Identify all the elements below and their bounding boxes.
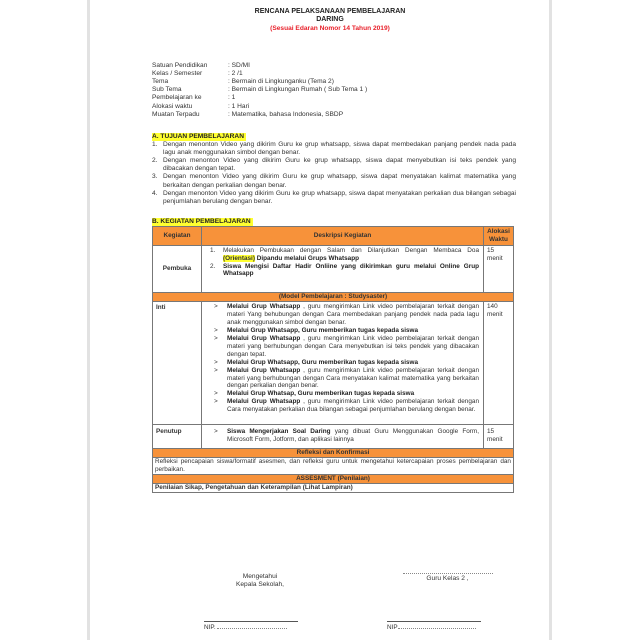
- orientasi-highlight: (Orientasi): [223, 255, 255, 262]
- identity-value: : 1 Hari: [228, 103, 516, 111]
- identity-row: Sub Tema: Bermain di Lingkungan Rumah ( …: [152, 86, 516, 94]
- identity-row: Pembelajaran ke: 1: [152, 94, 516, 102]
- identity-label: Tema: [152, 78, 228, 86]
- signature-guru-kelas: Guru Kelas 2 ,: [400, 573, 495, 583]
- nip-right: NIP: [387, 621, 481, 632]
- section-a-heading: A. TUJUAN PEMBELAJARAN: [152, 133, 246, 141]
- identity-label: Pembelajaran ke: [152, 94, 228, 102]
- arrow-bullet-icon: >: [208, 327, 227, 335]
- section-b-heading: B. KEGIATAN PEMBELAJARAN: [152, 218, 253, 226]
- rpp-document: RENCANA PELAKSANAAN PEMBELAJARAN DARING …: [152, 8, 516, 493]
- arrow-bullet-icon: >: [208, 367, 227, 391]
- objective-item: 4.Dengan menonton Video yang dikirim Gur…: [152, 190, 516, 206]
- identity-value: : Bermain di Lingkunganku (Tema 2): [228, 78, 516, 86]
- section-kegiatan: B. KEGIATAN PEMBELAJARAN Kegiatan Deskri…: [152, 218, 516, 493]
- penutup-description: > Siswa Mengerjakan Soal Daring yang dib…: [202, 425, 484, 449]
- assesment-row: Penilaian Sikap, Pengetahuan dan Keteram…: [153, 483, 514, 492]
- inti-activity-item: >Melalui Grup Whatsapp , guru mengirimka…: [208, 335, 479, 359]
- refleksi-row: Refleksi pencapaian siswa/formatif asesm…: [153, 457, 514, 474]
- date-placeholder-dots: [403, 573, 493, 574]
- document-title-line2: DARING: [144, 16, 516, 24]
- arrow-bullet-icon: >: [208, 359, 227, 367]
- inti-activity-item: >Melalui Grup Whatsapp , guru mengirimka…: [208, 303, 479, 327]
- objective-item: 1.Dengan menonton Video yang dikirim Gur…: [152, 141, 516, 157]
- identity-label: Alokasi waktu: [152, 103, 228, 111]
- page-edge-right: [549, 0, 552, 640]
- identity-value: : 1: [228, 94, 516, 102]
- identity-row: Tema: Bermain di Lingkunganku (Tema 2): [152, 78, 516, 86]
- identity-label: Satuan Pendidikan: [152, 62, 228, 70]
- identity-row: Satuan Pendidikan: SD/MI: [152, 62, 516, 70]
- table-row-penutup: Penutup > Siswa Mengerjakan Soal Daring …: [153, 425, 514, 449]
- inti-activity-item: >Melalui Grup Whatsapp , guru mengirimka…: [208, 398, 479, 414]
- refleksi-heading-row: Refleksi dan Konfirmasi: [153, 448, 514, 457]
- column-header-kegiatan: Kegiatan: [153, 226, 202, 245]
- inti-activity-item: >Melalui Grup Whatsapp, Guru memberikan …: [208, 327, 479, 335]
- identity-value: : SD/MI: [228, 62, 516, 70]
- objective-item: 3.Dengan menonton Video yang dikirim Gur…: [152, 173, 516, 189]
- identity-row: Alokasi waktu: 1 Hari: [152, 103, 516, 111]
- penutup-time: 15 menit: [484, 425, 514, 449]
- identity-value: : Bermain di Lingkungan Rumah ( Sub Tema…: [228, 86, 516, 94]
- arrow-bullet-icon: >: [208, 398, 227, 414]
- identity-label: Kelas / Semester: [152, 70, 228, 78]
- identity-value: : Matematika, bahasa Indonesia, SBDP: [228, 111, 516, 119]
- pembuka-time: 15 menit: [484, 245, 514, 293]
- identity-value: : 2 /1: [228, 70, 516, 78]
- page-edge-left: [87, 0, 90, 640]
- column-header-waktu: Alokasi Waktu: [484, 226, 514, 245]
- phase-pembuka: Pembuka: [153, 245, 202, 293]
- identity-row: Kelas / Semester: 2 /1: [152, 70, 516, 78]
- signature-kepala-sekolah: Mengetahui Kepala Sekolah,: [215, 573, 305, 589]
- section-tujuan: A. TUJUAN PEMBELAJARAN 1.Dengan menonton…: [152, 133, 516, 206]
- table-header-row: Kegiatan Deskripsi Kegiatan Alokasi Wakt…: [153, 226, 514, 245]
- document-subtitle: (Sesuai Edaran Nomor 14 Tahun 2019): [144, 25, 516, 33]
- nip-left: NIP.: [204, 621, 298, 632]
- table-row-inti: Inti >Melalui Grup Whatsapp , guru mengi…: [153, 302, 514, 425]
- activities-table: Kegiatan Deskripsi Kegiatan Alokasi Wakt…: [152, 226, 514, 493]
- identity-block: Satuan Pendidikan: SD/MIKelas / Semester…: [152, 62, 516, 119]
- objective-item: 2.Dengan menonton Video yang dikirim Gur…: [152, 157, 516, 173]
- inti-activity-item: >Melalui Grup Whatsapp, Guru memberikan …: [208, 359, 479, 367]
- assesment-heading-row: ASSESMENT (Penilaian): [153, 474, 514, 483]
- arrow-bullet-icon: >: [208, 428, 227, 444]
- phase-penutup: Penutup: [153, 425, 202, 449]
- inti-activity-item: >Melalui Grup Whatsap, Guru memberikan t…: [208, 390, 479, 398]
- document-title: RENCANA PELAKSANAAN PEMBELAJARAN: [144, 8, 516, 16]
- inti-time: 140 menit: [484, 302, 514, 425]
- identity-label: Muatan Terpadu: [152, 111, 228, 119]
- objectives-list: 1.Dengan menonton Video yang dikirim Gur…: [152, 141, 516, 206]
- model-row: (Model Pembelajaran : Studysaster): [153, 293, 514, 302]
- arrow-bullet-icon: >: [208, 390, 227, 398]
- table-row-pembuka: Pembuka 1. Melakukan Pembukaan dengan Sa…: [153, 245, 514, 293]
- phase-inti: Inti: [153, 302, 202, 425]
- pembuka-description: 1. Melakukan Pembukaan dengan Salam dan …: [202, 245, 484, 293]
- inti-activity-item: >Melalui Grup Whatsapp , guru mengirimka…: [208, 367, 479, 391]
- arrow-bullet-icon: >: [208, 335, 227, 359]
- inti-description: >Melalui Grup Whatsapp , guru mengirimka…: [202, 302, 484, 425]
- column-header-deskripsi: Deskripsi Kegiatan: [202, 226, 484, 245]
- identity-label: Sub Tema: [152, 86, 228, 94]
- identity-row: Muatan Terpadu: Matematika, bahasa Indon…: [152, 111, 516, 119]
- arrow-bullet-icon: >: [208, 303, 227, 327]
